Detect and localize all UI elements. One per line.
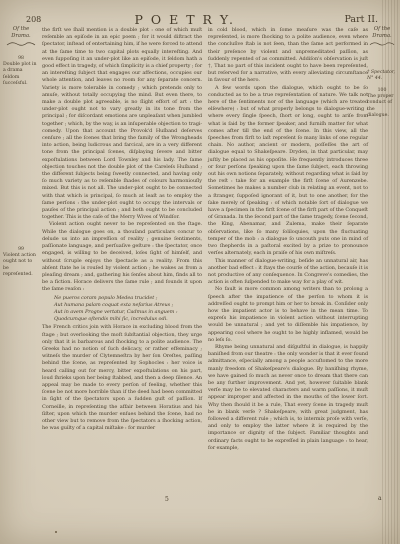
body-text: the firſt we ſhall mention is a double p… [42,27,368,452]
paper-stain [55,531,57,533]
verse-line: Aut in avem Progne vertatur, Cadmus in a… [54,309,202,316]
right-margin-section: Of the Drama. [368,26,396,47]
verse-line: Aut humana palam coquat exta nefarius At… [54,302,202,309]
section-label: Drama. [368,33,396,40]
paragraph: A few words upon the dialogue, which oug… [208,85,368,258]
catchword: a [378,495,382,502]
left-margin-section: Of the Drama. [3,26,39,47]
paragraph: The French critics join with Horace in e… [42,324,202,432]
paper-stain [60,169,62,171]
book-page-scan: 208 P O E T R Y. Part II. Of the Drama. … [0,0,400,544]
paragraph: Rhyme being unnatural and diſguſtful in … [208,344,368,452]
body-column-left: the firſt we ſhall mention is a double p… [42,27,202,452]
note-text: Double plot in a drama ſeldom ſucceſsful… [3,62,39,88]
paragraph: Violent action ought never to be repreſe… [42,221,202,293]
marginal-note-98: 98 Double plot in a drama ſeldom ſucceſs… [3,56,39,88]
flourish-ornament [6,40,36,47]
section-label: Drama. [3,33,39,40]
note-text: The proper conduct of the dialogue. [367,94,397,120]
paragraph: the firſt we ſhall mention is a double p… [42,27,202,221]
paragraph: in cold blood, which in ſome meaſure was… [208,27,368,85]
body-column-right: in cold blood, which in ſome meaſure was… [208,27,368,452]
marginal-note-100: 100 The proper conduct of the dialogue. [367,88,397,120]
paragraph: This manner of dialogue-writing, beſide … [208,258,368,287]
marginal-note-99: 99 Violent action ought not to be repreſ… [3,247,39,279]
flourish-ornament [369,40,395,47]
note-text: Violent action ought not to be repreſent… [3,253,39,279]
running-title: P O E T R Y. [0,12,370,27]
paragraph: No fault is more common among writers th… [208,286,368,344]
verse-line: Ne pueros coram populo Medea trucidet ; [54,295,202,302]
part-label: Part II. [344,14,378,25]
press-figure: 5 [165,496,169,503]
footnote-reference: † Spectator, N° 44. [367,70,397,83]
verse-line: Quodcumque oſtendis mihi ſic, incredulus… [54,316,202,323]
latin-verse-quote: Ne pueros coram populo Medea trucidet ; … [54,295,202,324]
